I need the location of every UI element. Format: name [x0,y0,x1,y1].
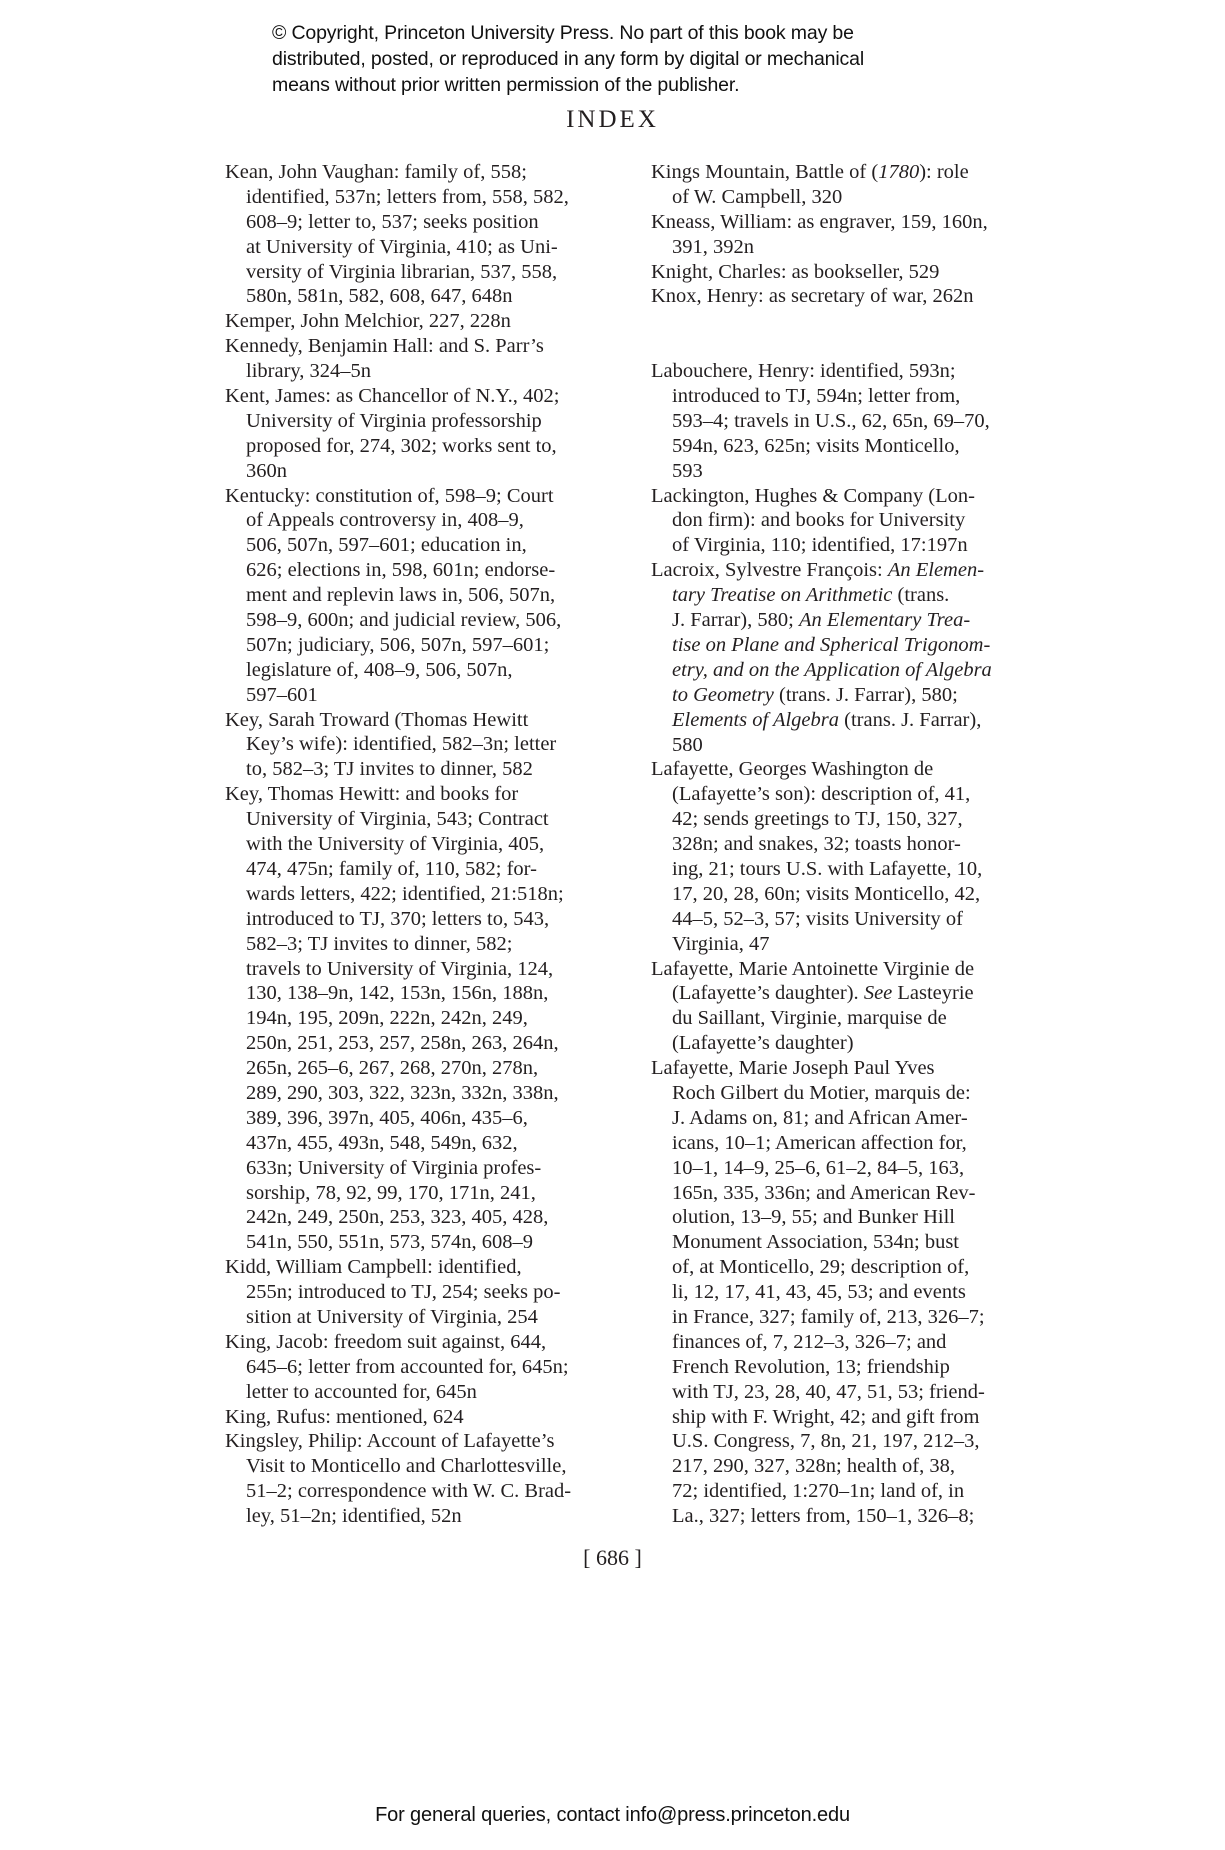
index-entry-continuation-line: of Virginia, 110; identified, 17:197n [651,533,1066,558]
text: library, 324–5n [246,360,371,382]
text: 633n; University of Virginia profes- [246,1157,541,1179]
index-entry-heading-line: King, Jacob: freedom suit against, 644, [225,1330,635,1355]
text: Virginia, 47 [672,933,769,955]
text: 360n [246,460,287,482]
text: University of Virginia professorship [246,410,542,432]
index-entry-continuation-line: 582–3; TJ invites to dinner, 582; [225,932,635,957]
index-entry: Labouchere, Henry: identified, 593n;intr… [651,359,1066,483]
index-entry-continuation-line: at University of Virginia, 410; as Uni- [225,235,635,260]
index-entry-continuation-line: to, 582–3; TJ invites to dinner, 582 [225,757,635,782]
index-entry-continuation-line: finances of, 7, 212–3, 326–7; and [651,1330,1066,1355]
index-entry-continuation-line: with TJ, 23, 28, 40, 47, 51, 53; friend- [651,1380,1066,1405]
text: Visit to Monticello and Charlottesville, [246,1455,566,1477]
index-entry-continuation-line: travels to University of Virginia, 124, [225,957,635,982]
index-entry-continuation-line: wards letters, 422; identified, 21:518n; [225,882,635,907]
text: sorship, 78, 92, 99, 170, 171n, 241, [246,1182,536,1204]
italic-text: An Elemen- [888,559,984,581]
page-number: [ 686 ] [0,1545,1225,1571]
text: wards letters, 422; identified, 21:518n; [246,883,564,905]
index-entry: King, Jacob: freedom suit against, 644,6… [225,1330,635,1405]
index-entry-continuation-line: 250n, 251, 253, 257, 258n, 263, 264n, [225,1031,635,1056]
index-entry-continuation-line: La., 327; letters from, 150–1, 326–8; [651,1504,1066,1529]
index-entry: Knight, Charles: as bookseller, 529 [651,260,1066,285]
letter-section-gap [651,309,1066,359]
text: 580n, 581n, 582, 608, 647, 648n [246,285,513,307]
index-entry-heading-line: Lafayette, Marie Antoinette Virginie de [651,957,1066,982]
index-entry-continuation-line: University of Virginia professorship [225,409,635,434]
index-entry-continuation-line: 507n; judiciary, 506, 507n, 597–601; [225,633,635,658]
index-entry-continuation-line: identified, 537n; letters from, 558, 582… [225,185,635,210]
index-entry-continuation-line: proposed for, 274, 302; works sent to, [225,434,635,459]
text: University of Virginia, 543; Contract [246,808,549,830]
text: (trans. J. Farrar), 580; [774,684,958,706]
index-entry-continuation-line: 506, 507n, 597–601; education in, [225,533,635,558]
copyright-notice: © Copyright, Princeton University Press.… [272,20,972,98]
index-entry-heading-line: Kingsley, Philip: Account of Lafayette’s [225,1429,635,1454]
text: 582–3; TJ invites to dinner, 582; [246,933,512,955]
text: travels to University of Virginia, 124, [246,958,553,980]
index-entry: Kneass, William: as engraver, 159, 160n,… [651,210,1066,260]
index-entry-continuation-line: 194n, 195, 209n, 222n, 242n, 249, [225,1006,635,1031]
index-entry: Kingsley, Philip: Account of Lafayette’s… [225,1429,635,1529]
text: to, 582–3; TJ invites to dinner, 582 [246,758,533,780]
index-entry-continuation-line: 389, 396, 397n, 405, 406n, 435–6, [225,1106,635,1131]
text: with the University of Virginia, 405, [246,833,544,855]
index-entry-continuation-line: 72; identified, 1:270–1n; land of, in [651,1479,1066,1504]
index-entry-heading-line: Lackington, Hughes & Company (Lon- [651,484,1066,509]
index-entry-continuation-line: ing, 21; tours U.S. with Lafayette, 10, [651,857,1066,882]
index-entry-continuation-line: University of Virginia, 543; Contract [225,807,635,832]
index-entry-continuation-line: (Lafayette’s daughter). See Lasteyrie [651,981,1066,1006]
text: J. Farrar), 580; [672,609,799,631]
text: King, Jacob: freedom suit against, 644, [225,1331,546,1353]
index-entry-continuation-line: ship with F. Wright, 42; and gift from [651,1405,1066,1430]
text: Kent, James: as Chancellor of N.Y., 402; [225,385,559,407]
text: Key, Thomas Hewitt: and books for [225,783,518,805]
index-entry-continuation-line: 44–5, 52–3, 57; visits University of [651,907,1066,932]
text: (Lafayette’s son): description of, 41, [672,783,970,805]
index-entry-continuation-line: 242n, 249, 250n, 253, 323, 405, 428, [225,1205,635,1230]
index-entry-continuation-line: 626; elections in, 598, 601n; endorse- [225,558,635,583]
text: 437n, 455, 493n, 548, 549n, 632, [246,1132,518,1154]
index-entry-continuation-line: Key’s wife): identified, 582–3n; letter [225,732,635,757]
index-entry: Lafayette, Marie Antoinette Virginie de(… [651,957,1066,1057]
index-entry-heading-line: Kentucky: constitution of, 598–9; Court [225,484,635,509]
text: Kneass, William: as engraver, 159, 160n, [651,211,988,233]
index-entry-continuation-line: 593–4; travels in U.S., 62, 65n, 69–70, [651,409,1066,434]
index-entry-continuation-line: 598–9, 600n; and judicial review, 506, [225,608,635,633]
index-entry-heading-line: Lafayette, Marie Joseph Paul Yves [651,1056,1066,1081]
index-entry-continuation-line: 360n [225,459,635,484]
text: 594n, 623, 625n; visits Monticello, [672,435,960,457]
text: of Appeals controversy in, 408–9, [246,509,524,531]
index-entry-continuation-line: olution, 13–9, 55; and Bunker Hill [651,1205,1066,1230]
index-entry-continuation-line: icans, 10–1; American affection for, [651,1131,1066,1156]
text: introduced to TJ, 594n; letter from, [672,385,960,407]
index-entry: Key, Sarah Troward (Thomas HewittKey’s w… [225,708,635,783]
index-entry-continuation-line: Elements of Algebra (trans. J. Farrar), [651,708,1066,733]
text: 17, 20, 28, 60n; visits Monticello, 42, [672,883,980,905]
index-entry-continuation-line: with the University of Virginia, 405, [225,832,635,857]
index-entry-continuation-line: ley, 51–2n; identified, 52n [225,1504,635,1529]
index-entry-continuation-line: 580 [651,733,1066,758]
index-entry-continuation-line: li, 12, 17, 41, 43, 45, 53; and events [651,1280,1066,1305]
index-entry: King, Rufus: mentioned, 624 [225,1405,635,1430]
index-entry-continuation-line: J. Farrar), 580; An Elementary Trea- [651,608,1066,633]
index-entry-continuation-line: of Appeals controversy in, 408–9, [225,508,635,533]
text: Key’s wife): identified, 582–3n; letter [246,733,556,755]
index-entry-continuation-line: 289, 290, 303, 322, 323n, 332n, 338n, [225,1081,635,1106]
copyright-line: © Copyright, Princeton University Press.… [272,20,972,46]
text: Lackington, Hughes & Company (Lon- [651,485,975,507]
index-entry-continuation-line: 437n, 455, 493n, 548, 549n, 632, [225,1131,635,1156]
text: 165n, 335, 336n; and American Rev- [672,1182,975,1204]
index-entry-continuation-line: 593 [651,459,1066,484]
text: 217, 290, 327, 328n; health of, 38, [672,1455,955,1477]
text: (trans. J. Farrar), [839,709,981,731]
text: 265n, 265–6, 267, 268, 270n, 278n, [246,1057,538,1079]
index-entry-heading-line: Kean, John Vaughan: family of, 558; [225,160,635,185]
text: King, Rufus: mentioned, 624 [225,1406,464,1428]
text: Key, Sarah Troward (Thomas Hewitt [225,709,528,731]
index-entry-continuation-line: (Lafayette’s daughter) [651,1031,1066,1056]
index-entry-continuation-line: 608–9; letter to, 537; seeks position [225,210,635,235]
text: 51–2; correspondence with W. C. Brad- [246,1480,571,1502]
text: 626; elections in, 598, 601n; endorse- [246,559,555,581]
text: Kings Mountain, Battle of ( [651,161,878,183]
italic-text: etry, and on the Application of Algebra [672,659,992,681]
text: Kemper, John Melchior, 227, 228n [225,310,511,332]
index-entry-continuation-line: 10–1, 14–9, 25–6, 61–2, 84–5, 163, [651,1156,1066,1181]
index-entry-heading-line: Labouchere, Henry: identified, 593n; [651,359,1066,384]
index-entry-continuation-line: French Revolution, 13; friendship [651,1355,1066,1380]
copyright-line: distributed, posted, or reproduced in an… [272,46,972,72]
index-entry-heading-line: Key, Sarah Troward (Thomas Hewitt [225,708,635,733]
index-entry: Kidd, William Campbell: identified,255n;… [225,1255,635,1330]
text: (Lafayette’s daughter). [672,982,864,1004]
italic-text: tise on Plane and Spherical Trigonom- [672,634,990,656]
italic-text: to Geometry [672,684,774,706]
text: Lacroix, Sylvestre François: [651,559,888,581]
text: of Virginia, 110; identified, 17:197n [672,534,968,556]
text: versity of Virginia librarian, 537, 558, [246,261,557,283]
text: 506, 507n, 597–601; education in, [246,534,527,556]
index-entry-continuation-line: 645–6; letter from accounted for, 645n; [225,1355,635,1380]
index-entry-continuation-line: don firm): and books for University [651,508,1066,533]
text: legislature of, 408–9, 506, 507n, [246,659,512,681]
index-entry-continuation-line: legislature of, 408–9, 506, 507n, [225,658,635,683]
text: icans, 10–1; American affection for, [672,1132,967,1154]
text: Knox, Henry: as secretary of war, 262n [651,285,974,307]
text: at University of Virginia, 410; as Uni- [246,236,558,258]
text: proposed for, 274, 302; works sent to, [246,435,557,457]
text: La., 327; letters from, 150–1, 326–8; [672,1505,974,1527]
text: olution, 13–9, 55; and Bunker Hill [672,1206,955,1228]
index-column-left: Kean, John Vaughan: family of, 558;ident… [225,160,635,1529]
index-entry-continuation-line: sorship, 78, 92, 99, 170, 171n, 241, [225,1181,635,1206]
text: Labouchere, Henry: identified, 593n; [651,360,956,382]
text: 255n; introduced to TJ, 254; seeks po- [246,1281,561,1303]
index-entry-heading-line: Kennedy, Benjamin Hall: and S. Parr’s [225,334,635,359]
text: Lafayette, Georges Washington de [651,758,933,780]
text: 328n; and snakes, 32; toasts honor- [672,833,961,855]
index-entry-continuation-line: 594n, 623, 625n; visits Monticello, [651,434,1066,459]
text: with TJ, 23, 28, 40, 47, 51, 53; friend- [672,1381,985,1403]
index-entry-heading-line: Knight, Charles: as bookseller, 529 [651,260,1066,285]
index-entry: Knox, Henry: as secretary of war, 262n [651,284,1066,309]
text: Lasteyrie [892,982,973,1004]
text: (trans. [892,584,949,606]
text: 541n, 550, 551n, 573, 574n, 608–9 [246,1231,533,1253]
index-entry: Key, Thomas Hewitt: and books forUnivers… [225,782,635,1255]
index-entry-heading-line: Key, Thomas Hewitt: and books for [225,782,635,807]
index-column-right: Kings Mountain, Battle of (1780): roleof… [651,160,1066,1529]
text: Kennedy, Benjamin Hall: and S. Parr’s [225,335,544,357]
index-entry-continuation-line: to Geometry (trans. J. Farrar), 580; [651,683,1066,708]
text: 242n, 249, 250n, 253, 323, 405, 428, [246,1206,548,1228]
text: 645–6; letter from accounted for, 645n; [246,1356,569,1378]
index-entry-continuation-line: Virginia, 47 [651,932,1066,957]
text: Roch Gilbert du Motier, marquis de: [672,1082,971,1104]
text: J. Adams on, 81; and African Amer- [672,1107,968,1129]
index-entry: Lafayette, Georges Washington de(Lafayet… [651,757,1066,956]
index-entry-heading-line: Lacroix, Sylvestre François: An Elemen- [651,558,1066,583]
index-entry-continuation-line: 633n; University of Virginia profes- [225,1156,635,1181]
text: ment and replevin laws in, 506, 507n, [246,584,555,606]
text: 474, 475n; family of, 110, 582; for- [246,858,537,880]
text: 42; sends greetings to TJ, 150, 327, [672,808,963,830]
text: sition at University of Virginia, 254 [246,1306,538,1328]
italic-text: See [864,982,892,1004]
text: (Lafayette’s daughter) [672,1032,854,1054]
text: Kean, John Vaughan: family of, 558; [225,161,527,183]
index-entry-heading-line: Kent, James: as Chancellor of N.Y., 402; [225,384,635,409]
copyright-line: means without prior written permission o… [272,72,972,98]
text: Monument Association, 534n; bust [672,1231,959,1253]
index-entry-continuation-line: Visit to Monticello and Charlottesville, [225,1454,635,1479]
text: ship with F. Wright, 42; and gift from [672,1406,980,1428]
index-entry-continuation-line: J. Adams on, 81; and African Amer- [651,1106,1066,1131]
text: 44–5, 52–3, 57; visits University of [672,908,963,930]
index-entry-heading-line: Knox, Henry: as secretary of war, 262n [651,284,1066,309]
text: Lafayette, Marie Antoinette Virginie de [651,958,974,980]
text: don firm): and books for University [672,509,965,531]
index-entry: Lackington, Hughes & Company (Lon-don fi… [651,484,1066,559]
index-entry-continuation-line: tise on Plane and Spherical Trigonom- [651,633,1066,658]
text: Knight, Charles: as bookseller, 529 [651,261,939,283]
index-entry: Lafayette, Marie Joseph Paul YvesRoch Gi… [651,1056,1066,1529]
text: 598–9, 600n; and judicial review, 506, [246,609,561,631]
text: 391, 392n [672,236,754,258]
index-entry: Kings Mountain, Battle of (1780): roleof… [651,160,1066,210]
text: 507n; judiciary, 506, 507n, 597–601; [246,634,549,656]
text: of W. Campbell, 320 [672,186,842,208]
index-entry-heading-line: Kneass, William: as engraver, 159, 160n, [651,210,1066,235]
index-entry: Lacroix, Sylvestre François: An Elemen-t… [651,558,1066,757]
index-entry: Kean, John Vaughan: family of, 558;ident… [225,160,635,309]
italic-text: Elements of Algebra [672,709,839,731]
italic-text: An Elementary Trea- [799,609,970,631]
text: 593–4; travels in U.S., 62, 65n, 69–70, [672,410,990,432]
index-entry-heading-line: King, Rufus: mentioned, 624 [225,1405,635,1430]
index-entry: Kemper, John Melchior, 227, 228n [225,309,635,334]
text: introduced to TJ, 370; letters to, 543, [246,908,549,930]
text: ): role [919,161,969,183]
index-entry-continuation-line: versity of Virginia librarian, 537, 558, [225,260,635,285]
footer-contact: For general queries, contact info@press.… [0,1804,1225,1827]
text: 194n, 195, 209n, 222n, 242n, 249, [246,1007,528,1029]
index-entry-continuation-line: etry, and on the Application of Algebra [651,658,1066,683]
index-entry-continuation-line: U.S. Congress, 7, 8n, 21, 197, 212–3, [651,1429,1066,1454]
italic-text: 1780 [878,161,919,183]
text: 597–601 [246,684,318,706]
text: of, at Monticello, 29; description of, [672,1256,969,1278]
index-entry-continuation-line: sition at University of Virginia, 254 [225,1305,635,1330]
index-entry-continuation-line: 391, 392n [651,235,1066,260]
text: Lafayette, Marie Joseph Paul Yves [651,1057,935,1079]
index-entry-continuation-line: 51–2; correspondence with W. C. Brad- [225,1479,635,1504]
index-entry-continuation-line: 255n; introduced to TJ, 254; seeks po- [225,1280,635,1305]
index-entry-continuation-line: introduced to TJ, 370; letters to, 543, [225,907,635,932]
text: letter to accounted for, 645n [246,1381,477,1403]
text: U.S. Congress, 7, 8n, 21, 197, 212–3, [672,1430,980,1452]
index-entry: Kent, James: as Chancellor of N.Y., 402;… [225,384,635,484]
index-entry-continuation-line: Roch Gilbert du Motier, marquis de: [651,1081,1066,1106]
text: Kingsley, Philip: Account of Lafayette’s [225,1430,554,1452]
index-entry-continuation-line: Monument Association, 534n; bust [651,1230,1066,1255]
index-entry-continuation-line: 217, 290, 327, 328n; health of, 38, [651,1454,1066,1479]
text: ley, 51–2n; identified, 52n [246,1505,462,1527]
index-entry-heading-line: Kemper, John Melchior, 227, 228n [225,309,635,334]
index-entry: Kentucky: constitution of, 598–9; Courto… [225,484,635,708]
index-entry-continuation-line: letter to accounted for, 645n [225,1380,635,1405]
text: 593 [672,460,703,482]
index-entry-continuation-line: (Lafayette’s son): description of, 41, [651,782,1066,807]
index-entry-continuation-line: 265n, 265–6, 267, 268, 270n, 278n, [225,1056,635,1081]
index-entry-continuation-line: 17, 20, 28, 60n; visits Monticello, 42, [651,882,1066,907]
text: 289, 290, 303, 322, 323n, 332n, 338n, [246,1082,559,1104]
text: 130, 138–9n, 142, 153n, 156n, 188n, [246,982,548,1004]
text: finances of, 7, 212–3, 326–7; and [672,1331,946,1353]
index-entry-continuation-line: 541n, 550, 551n, 573, 574n, 608–9 [225,1230,635,1255]
text: 10–1, 14–9, 25–6, 61–2, 84–5, 163, [672,1157,964,1179]
text: identified, 537n; letters from, 558, 582… [246,186,569,208]
index-entry-continuation-line: 165n, 335, 336n; and American Rev- [651,1181,1066,1206]
index-entry-continuation-line: ment and replevin laws in, 506, 507n, [225,583,635,608]
text: Kidd, William Campbell: identified, [225,1256,522,1278]
text: 72; identified, 1:270–1n; land of, in [672,1480,964,1502]
text: 608–9; letter to, 537; seeks position [246,211,539,233]
index-entry-continuation-line: 474, 475n; family of, 110, 582; for- [225,857,635,882]
index-entry-continuation-line: 42; sends greetings to TJ, 150, 327, [651,807,1066,832]
index-entry [651,309,1066,359]
index-entry-heading-line: Kidd, William Campbell: identified, [225,1255,635,1280]
text: in France, 327; family of, 213, 326–7; [672,1306,985,1328]
text: 389, 396, 397n, 405, 406n, 435–6, [246,1107,528,1129]
text: French Revolution, 13; friendship [672,1356,950,1378]
index-entry-continuation-line: library, 324–5n [225,359,635,384]
index-entry-continuation-line: of W. Campbell, 320 [651,185,1066,210]
index-entry-continuation-line: of, at Monticello, 29; description of, [651,1255,1066,1280]
text: 580 [672,734,703,756]
index-entry: Kennedy, Benjamin Hall: and S. Parr’slib… [225,334,635,384]
page-title: INDEX [0,106,1225,134]
index-entry-continuation-line: 580n, 581n, 582, 608, 647, 648n [225,284,635,309]
text: li, 12, 17, 41, 43, 45, 53; and events [672,1281,966,1303]
index-entry-continuation-line: du Saillant, Virginie, marquise de [651,1006,1066,1031]
index-entry-continuation-line: 328n; and snakes, 32; toasts honor- [651,832,1066,857]
index-entry-continuation-line: 597–601 [225,683,635,708]
text: 250n, 251, 253, 257, 258n, 263, 264n, [246,1032,559,1054]
index-entry-heading-line: Kings Mountain, Battle of (1780): role [651,160,1066,185]
index-entry-continuation-line: in France, 327; family of, 213, 326–7; [651,1305,1066,1330]
index-entry-heading-line: Lafayette, Georges Washington de [651,757,1066,782]
text: du Saillant, Virginie, marquise de [672,1007,947,1029]
text: ing, 21; tours U.S. with Lafayette, 10, [672,858,982,880]
index-entry-continuation-line: 130, 138–9n, 142, 153n, 156n, 188n, [225,981,635,1006]
index-entry-continuation-line: tary Treatise on Arithmetic (trans. [651,583,1066,608]
text: Kentucky: constitution of, 598–9; Court [225,485,554,507]
index-entry-continuation-line: introduced to TJ, 594n; letter from, [651,384,1066,409]
italic-text: tary Treatise on Arithmetic [672,584,892,606]
